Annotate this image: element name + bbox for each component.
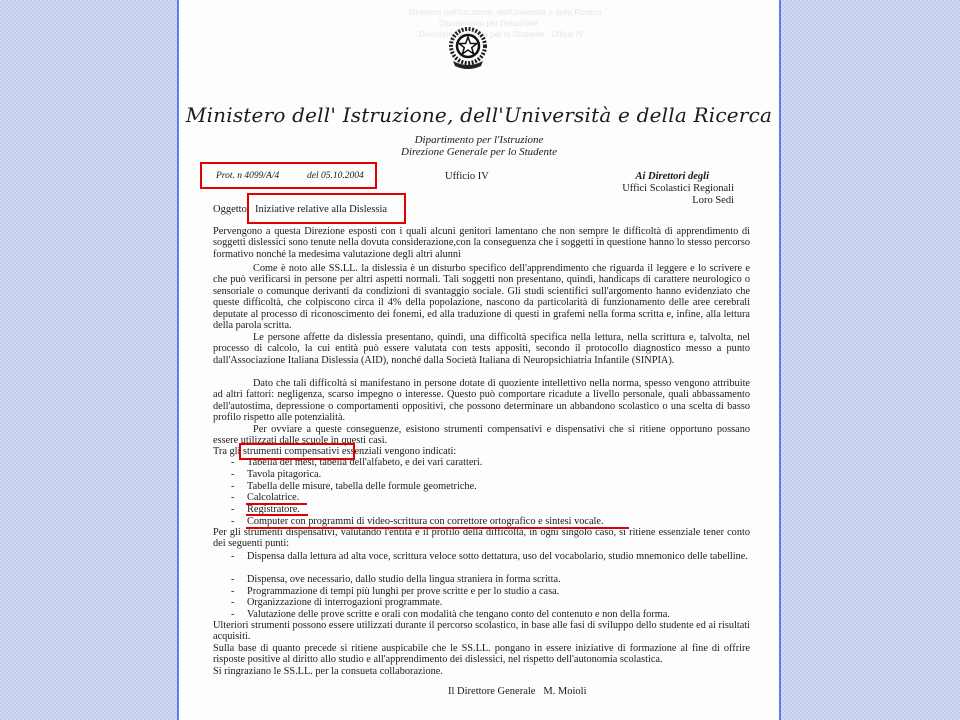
list-bullet: - bbox=[231, 574, 234, 585]
list-item: Registratore. bbox=[247, 504, 752, 515]
list-item: Dispensa dalla lettura ad alta voce, scr… bbox=[247, 551, 752, 562]
list-bullet: - bbox=[231, 516, 234, 527]
list-item: Programmazione di tempi più lunghi per p… bbox=[247, 586, 752, 597]
paragraph: Le persone affette da dislessia presenta… bbox=[213, 332, 750, 366]
ghost-text: Ministero dell'Istruzione, dell'Universi… bbox=[409, 8, 601, 17]
list-item: Tabella delle misure, tabella delle form… bbox=[247, 481, 752, 492]
list-bullet: - bbox=[231, 597, 234, 608]
ministry-heading: Ministero dell' Istruzione, dell'Univers… bbox=[179, 103, 779, 127]
closing-paragraph: Si ringraziano le SS.LL. per la consueta… bbox=[213, 666, 750, 677]
list-bullet: - bbox=[231, 609, 234, 620]
underline-computer bbox=[246, 527, 629, 529]
closing-paragraph: Ulteriori strumenti possono essere utili… bbox=[213, 620, 750, 643]
list-bullet: - bbox=[231, 457, 234, 468]
list-bullet: - bbox=[231, 492, 234, 503]
term-highlight-box bbox=[239, 443, 355, 460]
recipient-line-3: Loro Sedi bbox=[692, 195, 734, 206]
subject-highlight-box bbox=[247, 193, 406, 224]
intro-text: essenziali vengono indicati: bbox=[342, 446, 456, 457]
intro-text: Tra gli bbox=[213, 446, 240, 457]
list-item: Organizzazione di interrogazioni program… bbox=[247, 597, 752, 608]
paragraph: Dato che tali difficoltà si manifestano … bbox=[213, 378, 750, 424]
paragraph: Come è noto alle SS.LL. la dislessia è u… bbox=[213, 263, 750, 331]
paragraph: Pervengono a questa Direzione esposti co… bbox=[213, 226, 750, 260]
signature: Il Direttore Generale M. Moioli bbox=[448, 686, 587, 697]
list-bullet: - bbox=[231, 551, 234, 562]
protocol-highlight-box bbox=[200, 162, 377, 189]
subject-label: Oggetto: bbox=[213, 204, 250, 215]
list-item: Calcolatrice. bbox=[247, 492, 752, 503]
document-page: Ministero dell'Istruzione, dell'Universi… bbox=[177, 0, 781, 720]
list-bullet: - bbox=[231, 481, 234, 492]
list-item: Dispensa, ove necessario, dallo studio d… bbox=[247, 574, 752, 585]
directorate: Direzione Generale per lo Studente bbox=[179, 146, 779, 158]
recipient-line-1: Ai Direttori degli bbox=[636, 171, 710, 182]
list-bullet: - bbox=[231, 586, 234, 597]
underline-calcolatrice bbox=[246, 503, 307, 505]
underline-registratore bbox=[246, 514, 308, 516]
list-item: Tavola pitagorica. bbox=[247, 469, 752, 480]
office: Ufficio IV bbox=[445, 171, 489, 182]
italian-republic-emblem-icon bbox=[447, 25, 489, 73]
list-item: Computer con programmi di video-scrittur… bbox=[247, 516, 752, 527]
recipient-line-2: Uffici Scolastici Regionali bbox=[622, 183, 734, 194]
list-item: Valutazione delle prove scritte e orali … bbox=[247, 609, 752, 620]
list-bullet: - bbox=[231, 504, 234, 515]
department: Dipartimento per l'Istruzione bbox=[179, 134, 779, 146]
dispensativi-intro: Per gli strumenti dispensativi, valutand… bbox=[213, 527, 750, 550]
closing-paragraph: Sulla base di quanto precede si ritiene … bbox=[213, 643, 750, 666]
ghost-text: Direzione Generale per lo Studente - Uff… bbox=[419, 30, 583, 39]
list-bullet: - bbox=[231, 469, 234, 480]
